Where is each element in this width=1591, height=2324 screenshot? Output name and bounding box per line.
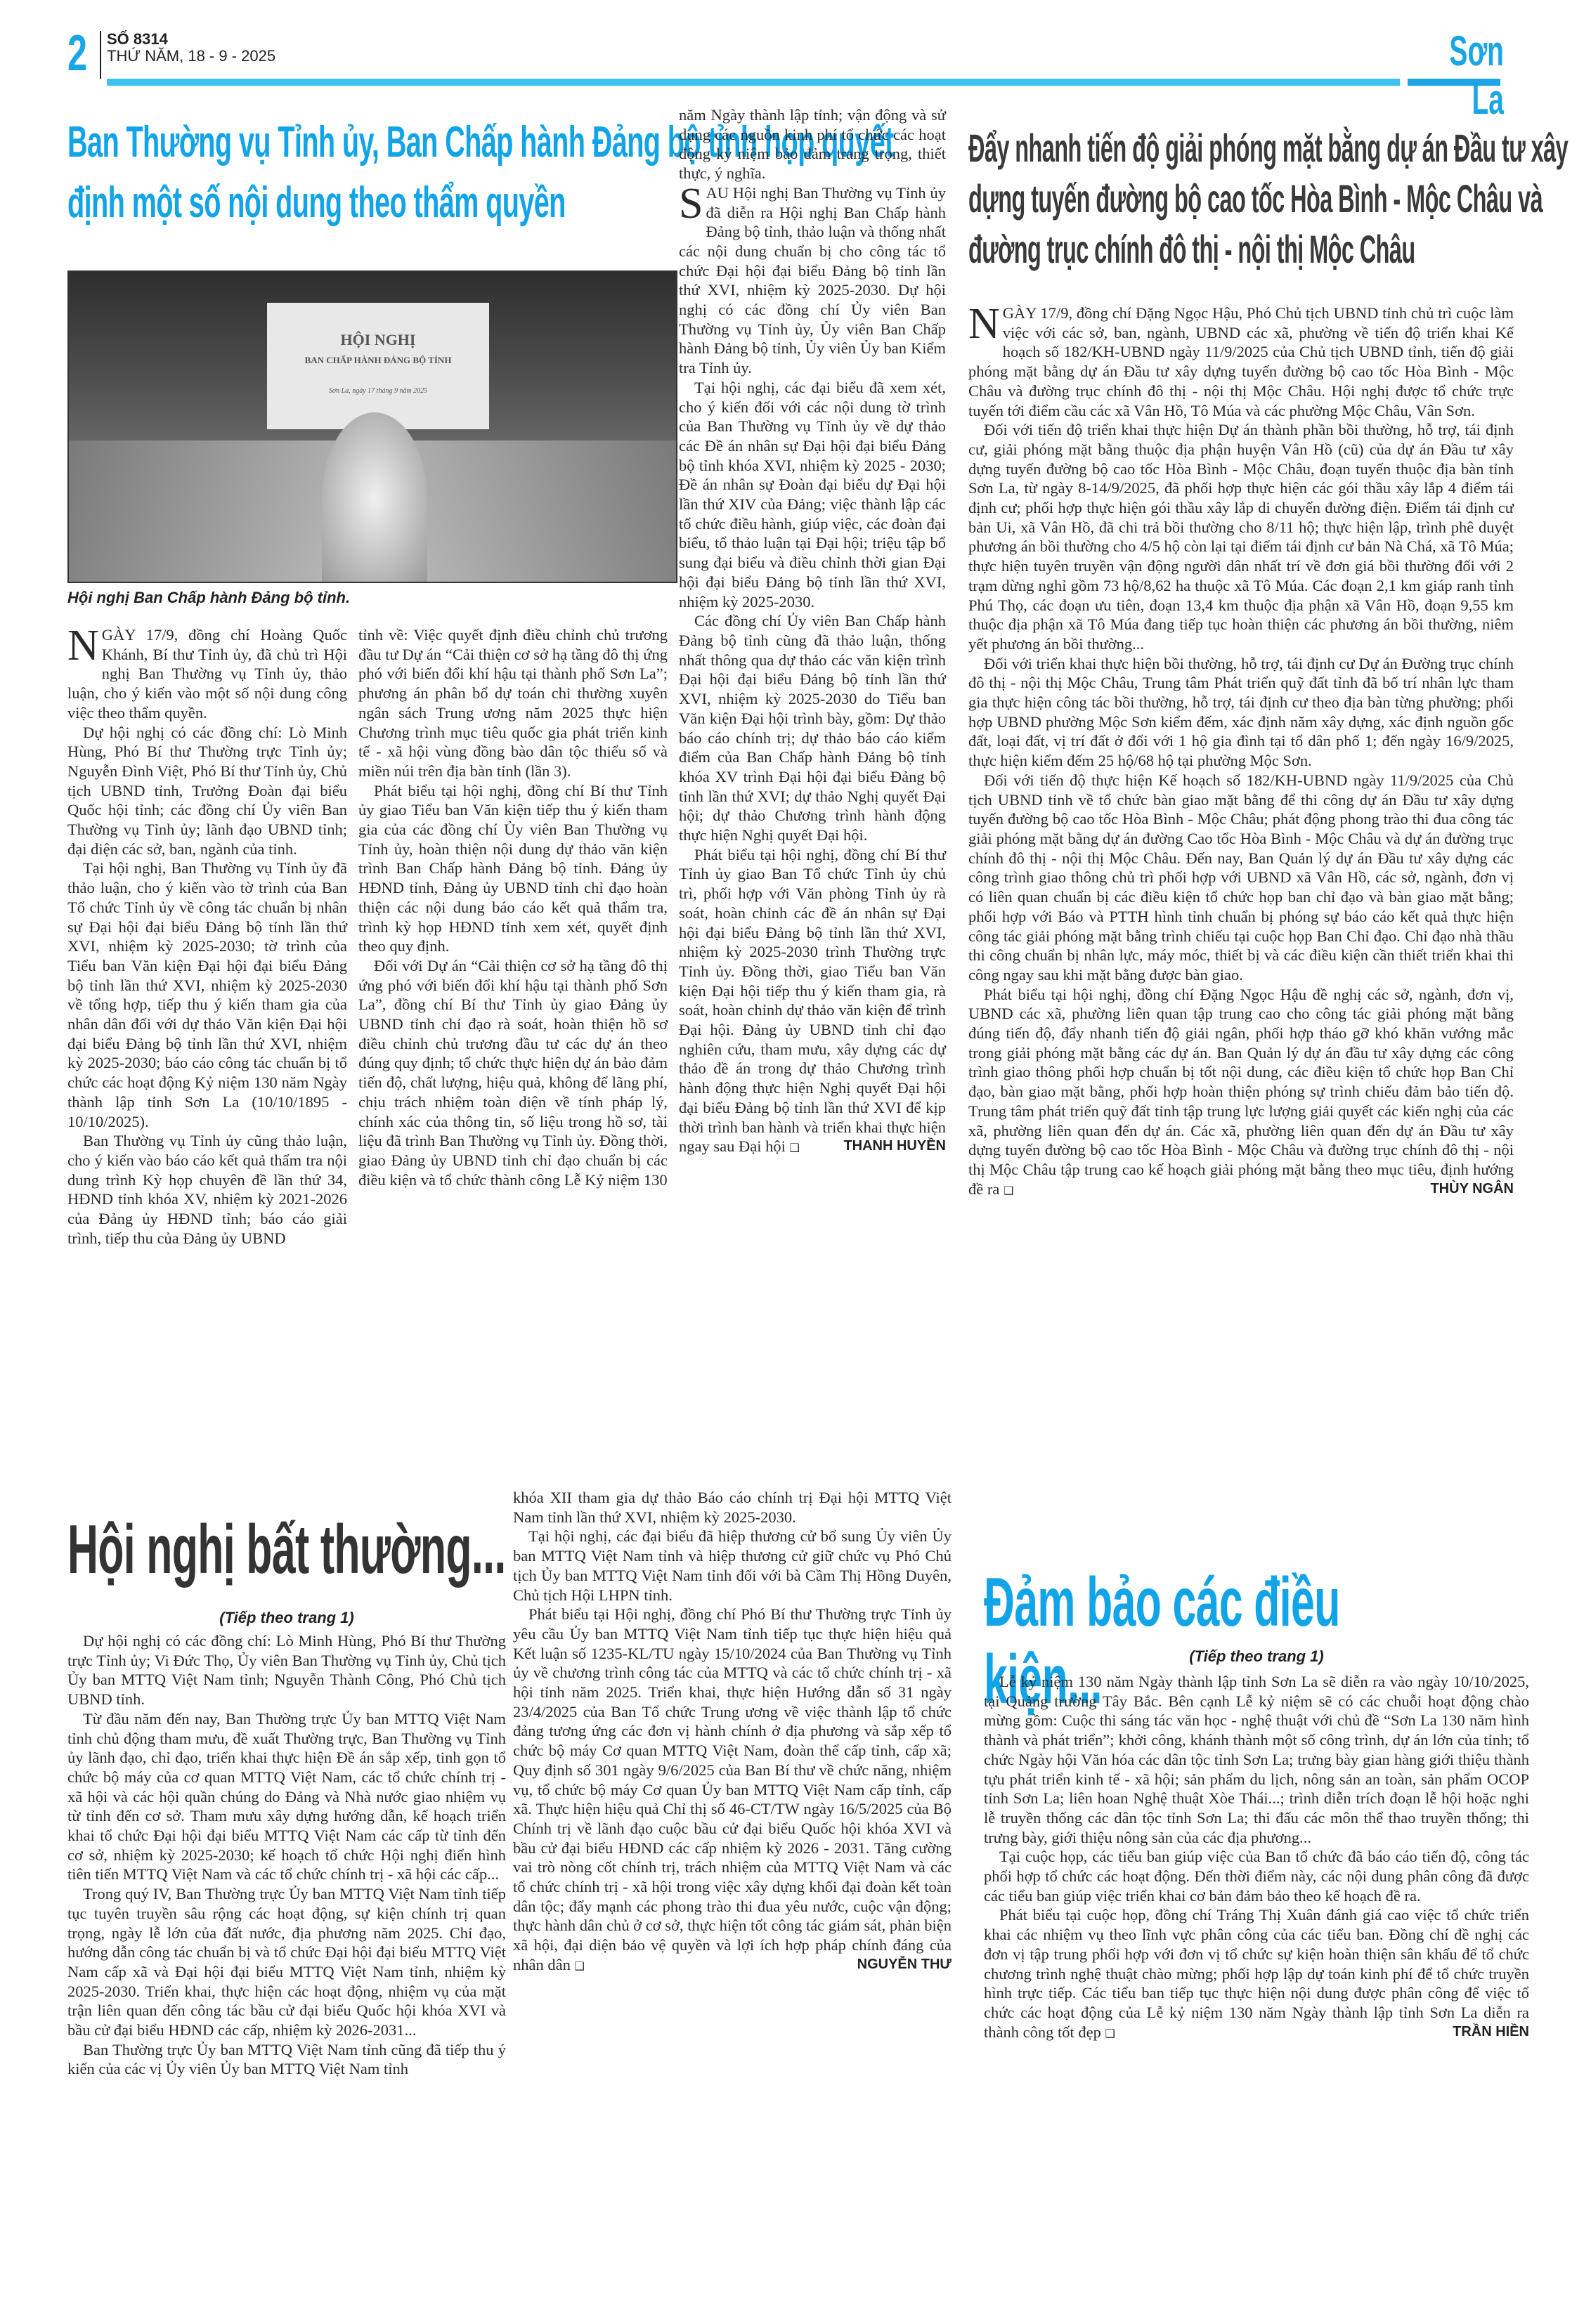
paragraph: năm Ngày thành lập tỉnh; vận động và sử … (679, 105, 946, 183)
paragraph: Tại hội nghị, Ban Thường vụ Tỉnh ủy đã t… (67, 859, 347, 1131)
article4-body: Lễ kỷ niệm 130 năm Ngày thành lập tỉnh S… (984, 1672, 1529, 2043)
photo-flowers (322, 412, 427, 583)
paragraph: Phát biểu tại Hội nghị, đồng chí Phó Bí … (513, 1605, 952, 1976)
article3-subtitle: (Tiếp theo trang 1) (67, 1609, 506, 1627)
paragraph-text: Phát biểu tại cuộc họp, đồng chí Tráng T… (984, 1906, 1529, 2040)
issue-info: SỐ 8314 THỨ NĂM, 18 - 9 - 2025 (107, 31, 275, 65)
paragraph: Đối với Dự án “Cải thiện cơ sở hạ tầng đ… (358, 956, 668, 1189)
paragraph: Dự hội nghị có các đồng chí: Lò Minh Hùn… (67, 723, 347, 859)
drop-cap: N (67, 627, 99, 665)
byline: THÙY NGÂN (1415, 1180, 1514, 1199)
paragraph: khóa XII tham gia dự thảo Báo cáo chính … (513, 1488, 952, 1527)
paragraph: Phát biểu tại hội nghị, đồng chí Đặng Ng… (968, 985, 1514, 1201)
photo-caption: Hội nghị Ban Chấp hành Đảng bộ tỉnh. (67, 589, 350, 607)
byline: TRẦN HIỀN (1437, 2023, 1529, 2042)
byline: NGUYỄN THƯ (842, 1955, 952, 1975)
article2-body: NGÀY 17/9, đồng chí Đặng Ngọc Hậu, Phó C… (968, 303, 1514, 1200)
paragraph: Tại cuộc họp, các tiểu ban giúp việc của… (984, 1847, 1529, 1905)
drop-cap: N (968, 305, 1000, 343)
section-name: Sơn La (1436, 27, 1505, 124)
article1-column-1: NGÀY 17/9, đồng chí Hoàng Quốc Khánh, Bí… (67, 625, 347, 1248)
photo-screen-subtitle: BAN CHẤP HÀNH ĐẢNG BỘ TỈNH (267, 355, 489, 366)
end-mark-icon: ❑ (789, 1141, 799, 1154)
page-number: 2 (67, 28, 87, 79)
paragraph: Dự hội nghị có các đồng chí: Lò Minh Hùn… (67, 1631, 506, 1709)
paragraph: Phát biểu tại hội nghị, đồng chí Bí thư … (358, 781, 668, 956)
paragraph: SAU Hội nghị Ban Thường vụ Tỉnh ủy đã di… (679, 183, 946, 378)
paragraph-text: Phát biểu tại Hội nghị, đồng chí Phó Bí … (513, 1605, 952, 1973)
paragraph-text: GÀY 17/9, đồng chí Hoàng Quốc Khánh, Bí … (67, 626, 347, 722)
article4-subtitle: (Tiếp theo trang 1) (984, 1647, 1529, 1666)
photo-screen-title: HỘI NGHỊ (267, 331, 489, 349)
paragraph: Ban Thường vụ Tỉnh ủy cũng thảo luận, ch… (67, 1131, 347, 1248)
issue-date: THỨ NĂM, 18 - 9 - 2025 (107, 47, 275, 65)
article3-column-1: Dự hội nghị có các đồng chí: Lò Minh Hùn… (67, 1631, 506, 2079)
photo-screen: HỘI NGHỊ BAN CHẤP HÀNH ĐẢNG BỘ TỈNH Sơn … (267, 303, 489, 429)
header-rule (107, 79, 1400, 86)
article1-photo: HỘI NGHỊ BAN CHẤP HÀNH ĐẢNG BỘ TỈNH Sơn … (67, 270, 677, 583)
byline: THANH HUYỀN (828, 1137, 946, 1156)
paragraph: Trong quý IV, Ban Thường trực Ủy ban MTT… (67, 1884, 506, 2040)
paragraph-text: Phát biểu tại hội nghị, đồng chí Đặng Ng… (968, 986, 1514, 1198)
end-mark-icon: ❑ (574, 1959, 584, 1973)
paragraph: Phát biểu tại cuộc họp, đồng chí Tráng T… (984, 1905, 1529, 2043)
paragraph: Các đồng chí Ủy viên Ban Chấp hành Đảng … (679, 611, 946, 844)
photo-screen-date: Sơn La, ngày 17 tháng 9 năm 2025 (267, 387, 489, 395)
paragraph: Đối với tiến độ thực hiện Kế hoạch số 18… (968, 771, 1514, 985)
paragraph: Đối với tiến độ triển khai thực hiện Dự … (968, 420, 1514, 653)
article1-column-3: năm Ngày thành lập tỉnh; vận động và sử … (679, 105, 946, 1158)
paragraph: Ban Thường trực Ủy ban MTTQ Việt Nam tỉn… (67, 2040, 506, 2079)
paragraph: Tại hội nghị, các đại biểu đã xem xét, c… (679, 378, 946, 611)
paragraph: Tại hội nghị, các đại biểu đã hiệp thươn… (513, 1527, 952, 1605)
paragraph: NGÀY 17/9, đồng chí Hoàng Quốc Khánh, Bí… (67, 625, 347, 723)
paragraph: Từ đầu năm đến nay, Ban Thường trực Ủy b… (67, 1709, 506, 1884)
article3-column-2: khóa XII tham gia dự thảo Báo cáo chính … (513, 1488, 952, 1976)
paragraph: NGÀY 17/9, đồng chí Đặng Ngọc Hậu, Phó C… (968, 303, 1514, 420)
issue-number: SỐ 8314 (107, 30, 168, 48)
article3-title: Hội nghị bất thường... (67, 1510, 547, 1588)
photo-table-left (69, 440, 364, 583)
article1-column-2: tỉnh về: Việc quyết định điều chỉnh chủ … (358, 625, 668, 1189)
header-rule-accent (1408, 79, 1500, 86)
end-mark-icon: ❑ (1004, 1184, 1013, 1197)
paragraph-text: GÀY 17/9, đồng chí Đặng Ngọc Hậu, Phó Ch… (968, 304, 1514, 419)
article2-title: Đẩy nhanh tiến độ giải phóng mặt bằng dự… (968, 123, 1591, 275)
paragraph: Phát biểu tại hội nghị, đồng chí Bí thư … (679, 845, 946, 1158)
header-divider (100, 31, 101, 79)
paragraph: Đối với triển khai thực hiện bồi thường,… (968, 654, 1514, 771)
paragraph: Lễ kỷ niệm 130 năm Ngày thành lập tỉnh S… (984, 1672, 1529, 1847)
paragraph-text: AU Hội nghị Ban Thường vụ Tỉnh ủy đã diễ… (679, 184, 946, 377)
paragraph: tỉnh về: Việc quyết định điều chỉnh chủ … (358, 625, 668, 781)
drop-cap: S (679, 185, 703, 223)
end-mark-icon: ❑ (1105, 2027, 1115, 2040)
paragraph-text: Phát biểu tại hội nghị, đồng chí Bí thư … (679, 846, 946, 1156)
